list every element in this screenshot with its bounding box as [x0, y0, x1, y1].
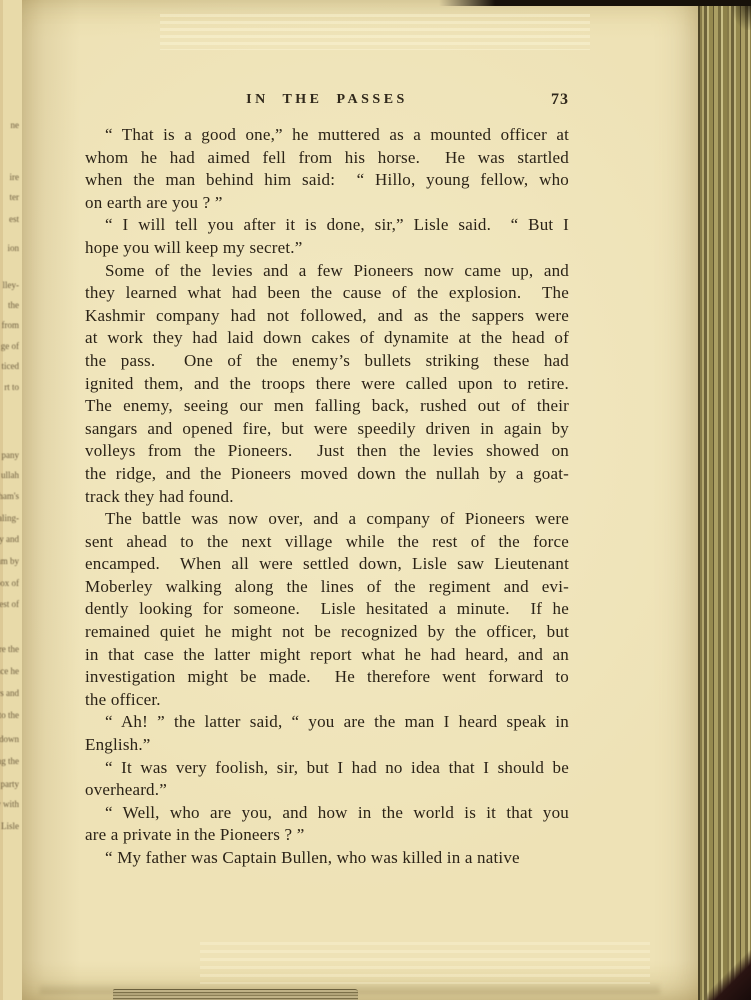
text-line: The battle was now over, and a company o…: [85, 508, 569, 531]
text-line: at work they had laid down cakes of dyna…: [85, 327, 569, 350]
text-line: “ That is a good one,” he muttered as a …: [85, 124, 569, 147]
text-line: English.”: [85, 734, 569, 757]
text-line: whom he had aimed fell from his horse. H…: [85, 147, 569, 170]
edge-text-fragment: ham's: [0, 491, 19, 501]
text-line: Moberley walking along the lines of the …: [85, 576, 569, 599]
text-line: are a private in the Pioneers ? ”: [85, 824, 569, 847]
text-line: ignited them, and the troops there were …: [85, 373, 569, 396]
paragraph: “ That is a good one,” he muttered as a …: [85, 124, 569, 214]
bottom-page-block-edge: [113, 989, 358, 1000]
text-line: track they had found.: [85, 486, 569, 509]
edge-text-fragment: ire: [10, 172, 20, 182]
text-line: the officer.: [85, 689, 569, 712]
text-line: “ Ah! ” the latter said, “ you are the m…: [85, 711, 569, 734]
text-line: overheard.”: [85, 779, 569, 802]
bottom-right-corner-shadow: [707, 950, 751, 1000]
paragraph: The battle was now over, and a company o…: [85, 508, 569, 711]
text-line: “ I will tell you after it is done, sir,…: [85, 214, 569, 237]
text-line: sangars and opened fire, but were speedi…: [85, 418, 569, 441]
text-line: on earth are you ? ”: [85, 192, 569, 215]
edge-text-fragment: ticed: [2, 361, 20, 371]
book-scan: neireterestionlley-thefromge ofticedrt t…: [0, 0, 751, 1000]
paragraph: “ It was very foolish, sir, but I had no…: [85, 757, 569, 802]
edge-text-fragment: box of: [0, 578, 19, 588]
text-line: the pass. One of the enemy’s bullets str…: [85, 350, 569, 373]
page-number: 73: [551, 91, 569, 109]
edge-text-fragment: from: [2, 320, 20, 330]
edge-text-fragment: rest of: [0, 599, 19, 609]
edge-text-fragment: rt to: [4, 382, 19, 392]
text-line: when the man behind him said: “ Hillo, y…: [85, 169, 569, 192]
edge-text-fragment: ng the: [0, 756, 19, 766]
page-header: IN THE PASSES 73: [85, 92, 569, 112]
left-page-edge: neireterestionlley-thefromge ofticedrt t…: [0, 0, 22, 1000]
text-line: encamped. When all were settled down, Li…: [85, 553, 569, 576]
text-line: in that case the latter might report wha…: [85, 644, 569, 667]
text-line: Kashmir company had not followed, and as…: [85, 305, 569, 328]
paragraph: Some of the levies and a few Pioneers no…: [85, 260, 569, 509]
paragraph: “ Ah! ” the latter said, “ you are the m…: [85, 711, 569, 756]
paragraph: “ Well, who are you, and how in the worl…: [85, 802, 569, 847]
text-line: investigation might be made. He therefor…: [85, 666, 569, 689]
edge-text-fragment: down: [0, 734, 19, 744]
paragraph: “ I will tell you after it is done, sir,…: [85, 214, 569, 259]
edge-text-fragment: pany: [2, 450, 20, 460]
edge-text-fragment: am by: [0, 556, 19, 566]
paragraph: “ My father was Captain Bullen, who was …: [85, 847, 569, 870]
text-line: remained quiet he might not be recognize…: [85, 621, 569, 644]
text-line: volleys from the Pioneers. Just then the…: [85, 440, 569, 463]
text-line: the ridge, and the Pioneers moved down t…: [85, 463, 569, 486]
edge-text-fragment: ter: [10, 192, 20, 202]
edge-text-fragment: the: [8, 300, 19, 310]
edge-text-fragment: party: [1, 779, 20, 789]
text-line: dently looking for someone. Lisle hesita…: [85, 598, 569, 621]
edge-text-fragment: est: [9, 214, 19, 224]
text-line: they learned what had been the cause of …: [85, 282, 569, 305]
edge-text-fragment: ion: [7, 243, 19, 253]
edge-text-fragment: ere the: [0, 644, 19, 654]
text-line: The enemy, seeing our men falling back, …: [85, 395, 569, 418]
edge-text-fragment: ers and: [0, 688, 19, 698]
running-head: IN THE PASSES: [85, 92, 569, 108]
page-body: “ That is a good one,” he muttered as a …: [85, 124, 569, 870]
edge-text-fragment: y with: [0, 799, 19, 809]
edge-text-fragment: ace he: [0, 666, 19, 676]
edge-text-fragment: ey and: [0, 534, 19, 544]
book-fore-edge: [698, 0, 751, 1000]
text-line: sent ahead to the next village while the…: [85, 531, 569, 554]
top-edge-shadow: [439, 0, 751, 6]
edge-text-fragment: ge of: [1, 341, 19, 351]
text-line: “ Well, who are you, and how in the worl…: [85, 802, 569, 825]
edge-text-fragment: ne: [11, 120, 20, 130]
edge-text-fragment: Lisle: [1, 821, 19, 831]
text-line: hope you will keep my secret.”: [85, 237, 569, 260]
text-line: “ It was very foolish, sir, but I had no…: [85, 757, 569, 780]
text-line: “ My father was Captain Bullen, who was …: [85, 847, 569, 870]
edge-text-fragment: lley-: [3, 280, 20, 290]
edge-text-fragment: aling-: [0, 513, 19, 523]
text-line: Some of the levies and a few Pioneers no…: [85, 260, 569, 283]
edge-text-fragment: ullah: [1, 470, 19, 480]
edge-text-fragment: to the: [0, 710, 19, 720]
